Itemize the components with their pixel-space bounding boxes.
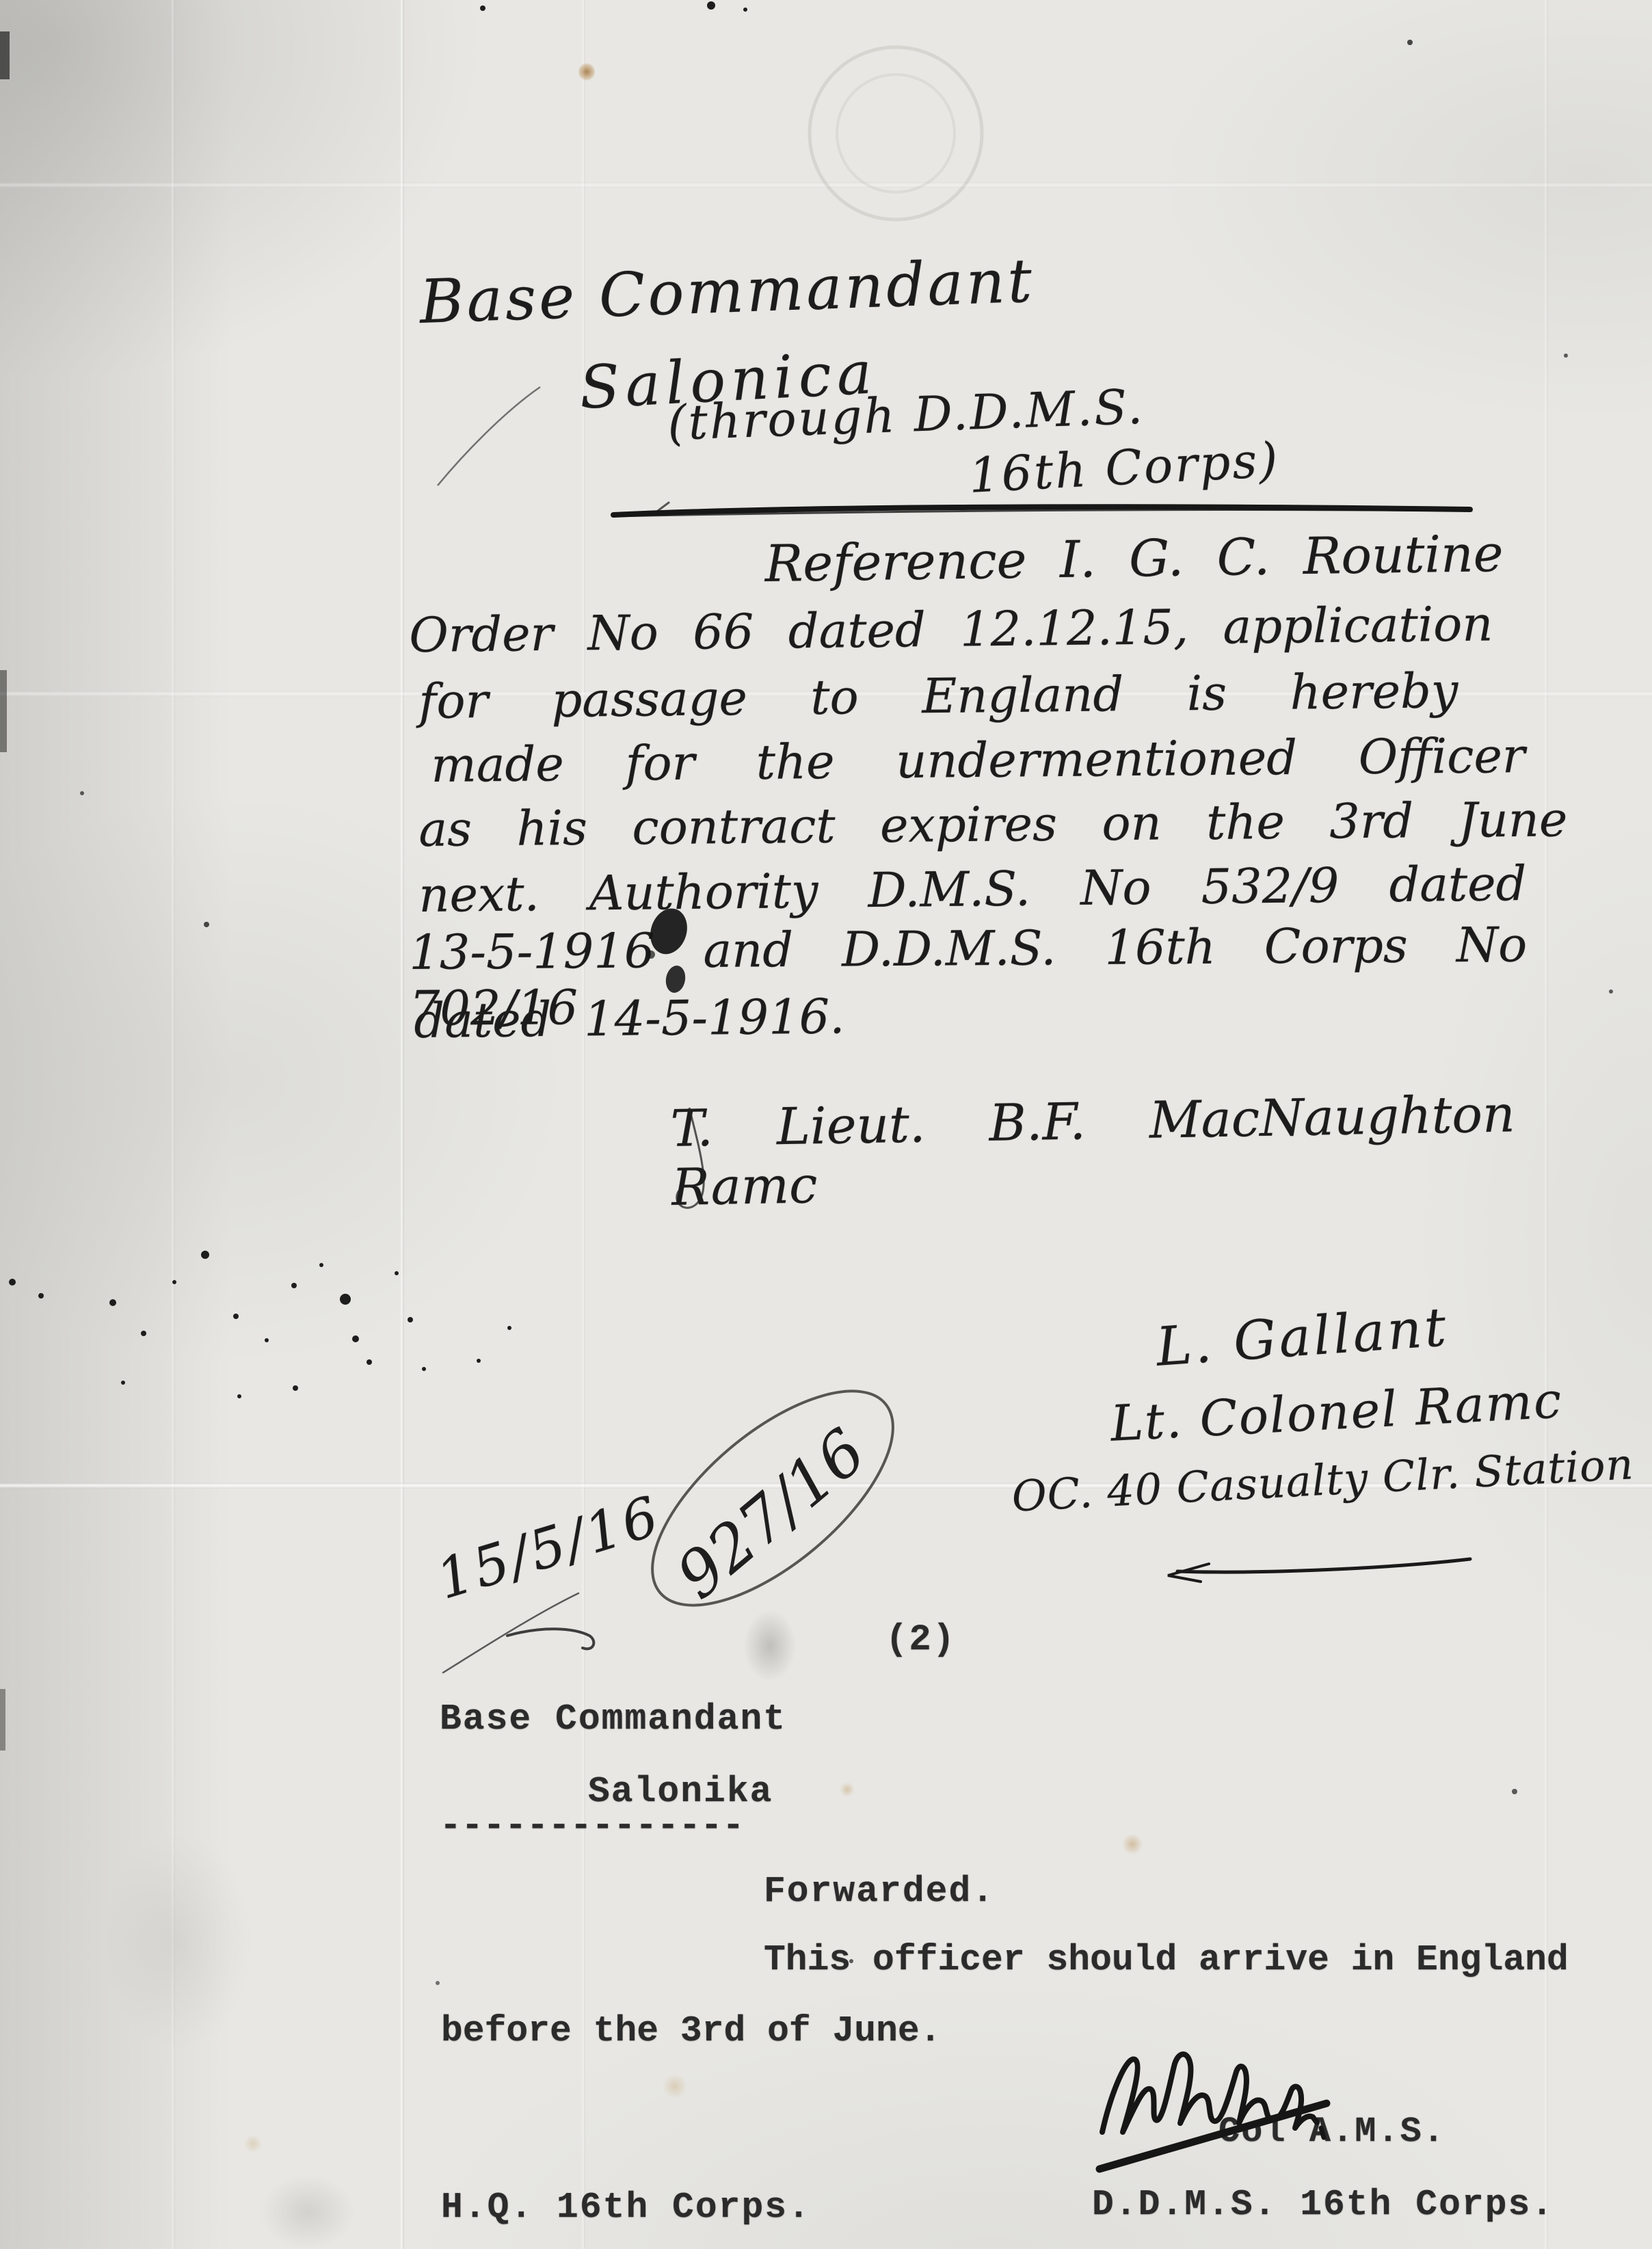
body-line: dated 14-5-1916. <box>414 988 845 1049</box>
gray-smudge <box>743 1608 797 1684</box>
fold-crease-vertical <box>400 0 405 2249</box>
signature-underline-flourish <box>1168 1559 1470 1582</box>
fold-crease-horizontal <box>0 182 1652 188</box>
pen-flourish <box>438 387 540 485</box>
fold-crease-vertical <box>581 0 586 2249</box>
edge-marks <box>0 31 10 1751</box>
ink-rule <box>613 503 1471 516</box>
footer-left: H.Q. 16th Corps. <box>441 2187 811 2228</box>
footer-right: D.D.M.S. 16th Corps. <box>1092 2184 1554 2225</box>
body-line: as his contract expires on the 3rd June <box>418 791 1568 857</box>
rust-stain <box>243 2135 263 2153</box>
typed-addressee-line: Base Commandant <box>440 1699 786 1740</box>
typed-divider: -------------- <box>440 1805 744 1846</box>
body-line: next. Authority D.M.S. No 532/9 dated <box>418 855 1527 923</box>
body-line: Order No 66 dated 12.12.15, application <box>409 596 1493 663</box>
handwritten-address-line: 16th Corps) <box>968 431 1281 504</box>
page-number: (2) <box>885 1619 956 1661</box>
ghost-stamp-circle <box>810 47 982 219</box>
typed-body-line: before the 3rd of June. <box>441 2010 942 2051</box>
rust-stain <box>578 63 595 81</box>
signature-unit: OC. 40 Casualty Clr. Station <box>1011 1439 1635 1521</box>
body-line: for passage to England is hereby <box>418 663 1458 730</box>
handwritten-address-line: Base Commandant <box>418 245 1036 337</box>
body-line: made for the undermentioned Officer <box>431 728 1526 793</box>
rust-stain <box>1121 1834 1143 1854</box>
body-line: Reference I. G. C. Routine <box>764 524 1504 594</box>
countersign-rank: Col A.M.S. <box>1218 2112 1445 2152</box>
rust-stain <box>662 2075 688 2098</box>
officer-line: T. Lieut. B.F. MacNaughton Ramc <box>670 1084 1517 1217</box>
typed-forwarded: Forwarded. <box>764 1871 995 1912</box>
registry-stamp-oval <box>618 1353 928 1642</box>
typed-body-line: This officer should arrive in England <box>764 1939 1569 1980</box>
gray-smudge <box>103 1833 253 2051</box>
registry-stamp-number: 927/16 <box>663 1415 879 1613</box>
gray-smudge <box>260 2174 356 2249</box>
rust-stain <box>840 1782 855 1797</box>
scanned-letter-page: Base Commandant Salonica (through D.D.M.… <box>0 0 1652 2249</box>
date-annotation: 15/5/16 <box>429 1484 668 1612</box>
fold-crease-vertical <box>1544 0 1549 2249</box>
fold-crease-vertical <box>171 0 176 2249</box>
signature-name: L. Gallant <box>1154 1296 1450 1379</box>
signature-rank: Lt. Colonel Ramc <box>1109 1371 1564 1452</box>
